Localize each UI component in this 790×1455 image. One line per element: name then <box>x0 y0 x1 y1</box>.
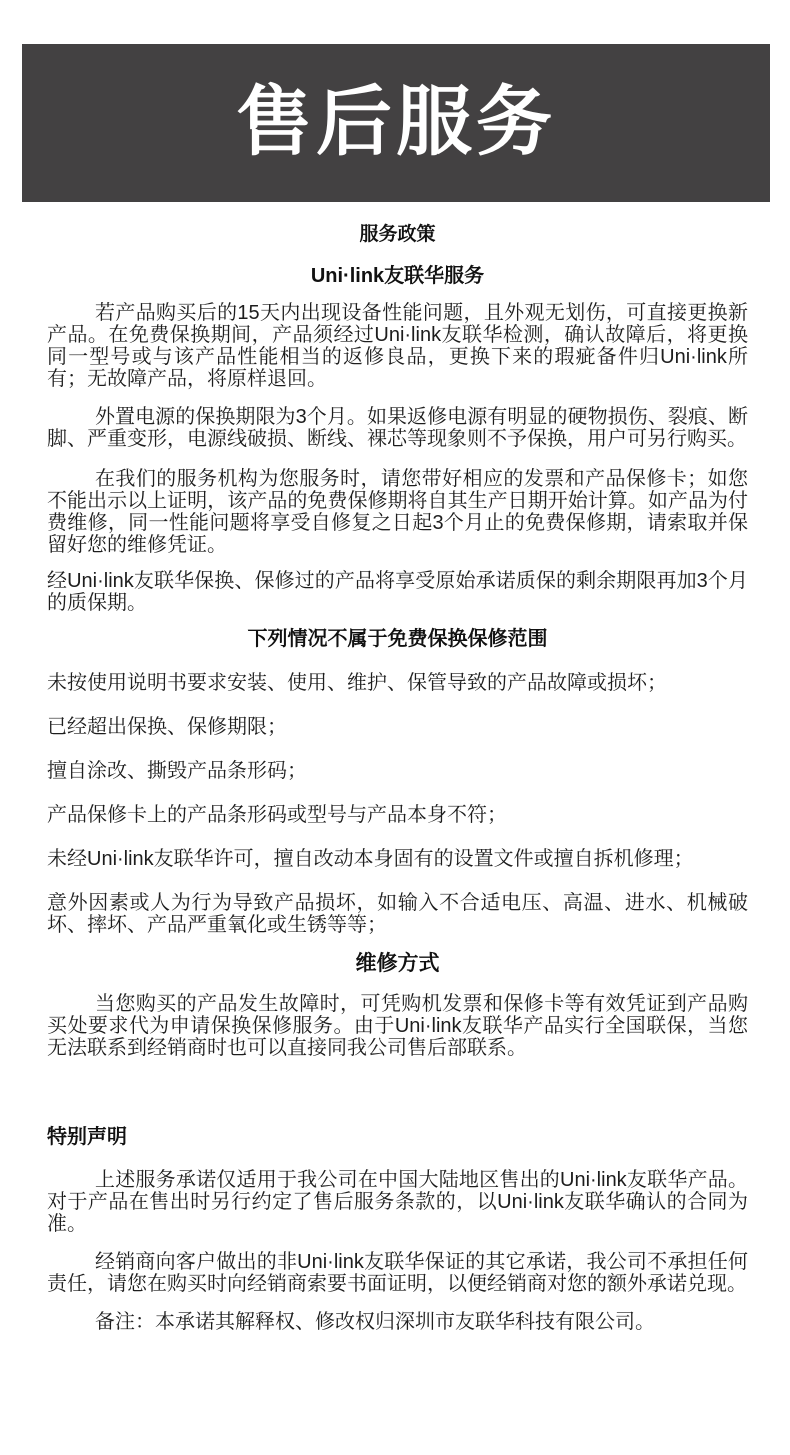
exclusion-item: 未经Uni·link友联华许可，擅自改动本身固有的设置文件或擅自拆机修理； <box>47 848 748 870</box>
paragraph-extended-warranty: 经Uni·link友联华保换、保修过的产品将享受原始承诺质保的剩余期限再加3个月… <box>47 570 748 614</box>
paragraph-replacement-policy: 若产品购买后的15天内出现设备性能问题，且外观无划伤，可直接更换新产品。在免费保… <box>47 302 748 390</box>
content: 服务政策 Uni·link友联华服务 若产品购买后的15天内出现设备性能问题，且… <box>0 225 790 1333</box>
after-sales-service-page: 售后服务 服务政策 Uni·link友联华服务 若产品购买后的15天内出现设备性… <box>0 44 790 1455</box>
brand-service-heading: Uni·link友联华服务 <box>47 265 748 287</box>
note-line: 备注：本承诺其解释权、修改权归深圳市友联华科技有限公司。 <box>47 1311 748 1333</box>
page-title: 售后服务 <box>236 85 556 161</box>
exclusion-item: 意外因素或人为行为导致产品损坏，如输入不合适电压、高温、进水、机械破坏、摔坏、产… <box>47 892 748 936</box>
repair-method-heading: 维修方式 <box>47 953 748 975</box>
banner: 售后服务 <box>22 44 770 202</box>
exclusion-item: 已经超出保换、保修期限； <box>47 716 748 738</box>
paragraph-service-visit-policy: 在我们的服务机构为您服务时，请您带好相应的发票和产品保修卡；如您不能出示以上证明… <box>47 468 748 556</box>
paragraph-special-scope: 上述服务承诺仅适用于我公司在中国大陆地区售出的Uni·link友联华产品。对于产… <box>47 1169 748 1235</box>
exclusion-item: 未按使用说明书要求安装、使用、维护、保管导致的产品故障或损坏； <box>47 672 748 694</box>
exclusions-heading: 下列情况不属于免费保换保修范围 <box>47 628 748 650</box>
paragraph-special-dealer: 经销商向客户做出的非Uni·link友联华保证的其它承诺，我公司不承担任何责任，… <box>47 1251 748 1295</box>
exclusion-item: 产品保修卡上的产品条形码或型号与产品本身不符； <box>47 804 748 826</box>
paragraph-repair-method: 当您购买的产品发生故障时，可凭购机发票和保修卡等有效凭证到产品购买处要求代为申请… <box>47 993 748 1059</box>
paragraph-power-adapter-policy: 外置电源的保换期限为3个月。如果返修电源有明显的硬物损伤、裂痕、断脚、严重变形，… <box>47 406 748 450</box>
special-statement-heading: 特别声明 <box>47 1126 748 1148</box>
exclusion-item: 擅自涂改、撕毁产品条形码； <box>47 760 748 782</box>
policy-heading: 服务政策 <box>47 225 748 245</box>
